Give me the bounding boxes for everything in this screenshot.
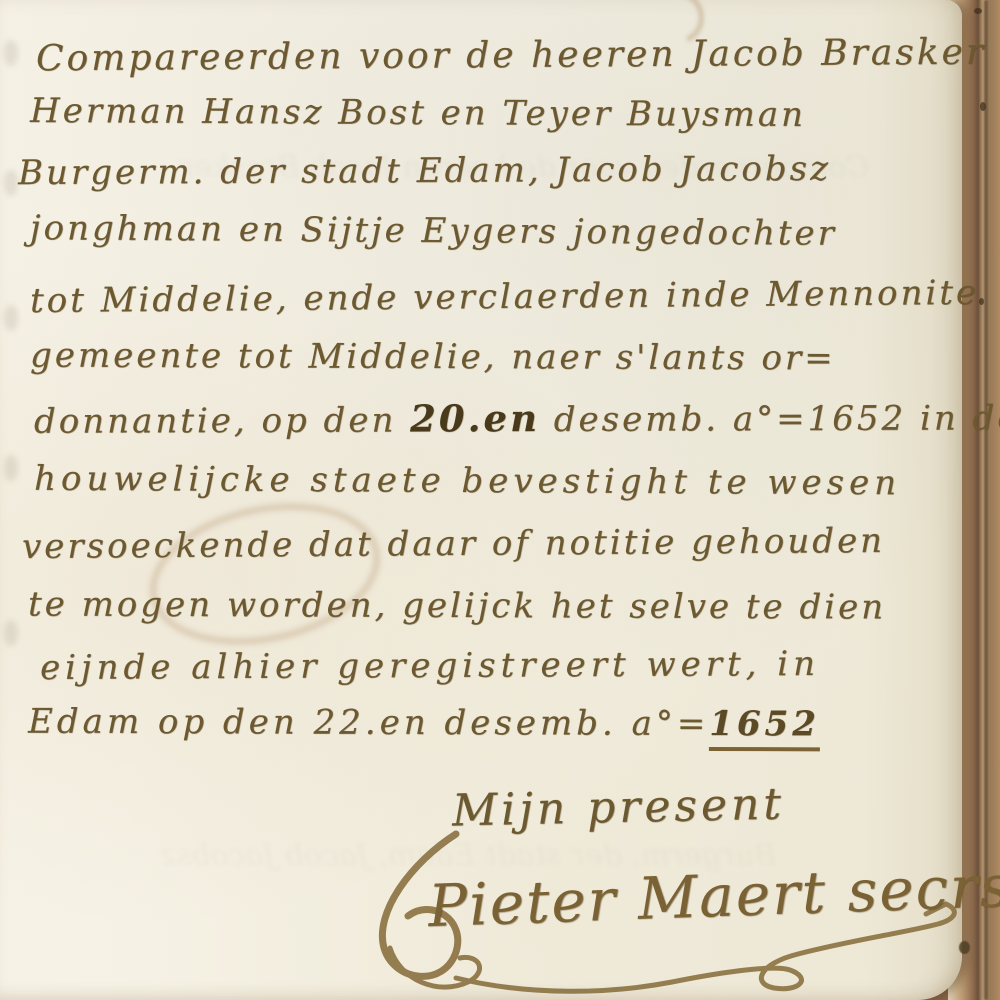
manuscript-line-1: Compareerden voor de heeren Jacob Braske… — [36, 35, 986, 78]
bleedthrough-mark — [4, 170, 18, 196]
line-7-suffix: desemb. a°=1652 in den — [540, 398, 1000, 440]
bleedthrough-mark — [4, 620, 18, 646]
manuscript-line-9: versoeckende dat daar of notitie gehoude… — [22, 524, 885, 564]
binding-speck — [980, 102, 986, 111]
manuscript-line-6: gemeente tot Middelie, naer s'lants or= — [30, 339, 836, 376]
binding-crease-line — [984, 0, 988, 1000]
wedding-day-number: 20.en — [410, 396, 540, 440]
manuscript-line-10: te mogen worden, gelijck het selve te di… — [28, 588, 886, 625]
manuscript-line-4: jonghman en Sijtje Eygers jongedochter — [30, 211, 837, 251]
scanned-manuscript-page: Compareerden voor de heeren Jacob Braske… — [0, 0, 1000, 1000]
line-12-prefix: Edam op den 22.en desemb. a°= — [28, 702, 709, 744]
bleedthrough-mark — [4, 455, 18, 481]
binding-speck — [974, 8, 982, 14]
registration-year: 1652 — [709, 704, 820, 751]
manuscript-line-12: Edam op den 22.en desemb. a°=1652 — [28, 705, 820, 742]
manuscript-line-11: eijnde alhier geregistreert wert, in — [40, 647, 820, 685]
ink-spot — [959, 941, 970, 954]
manuscript-paper: Compareerden voor de heeren Jacob Braske… — [0, 0, 962, 1000]
manuscript-line-8: houwelijcke staete bevestight te wesen — [34, 462, 901, 501]
ring-stain — [136, 483, 393, 665]
bleedthrough-mark — [4, 40, 18, 66]
manuscript-line-2: Herman Hansz Bost en Teyer Buysman — [30, 94, 806, 132]
manuscript-line-3: Burgerm. der stadt Edam, Jacob Jacobsz — [18, 152, 831, 190]
bleedthrough-mark — [4, 305, 18, 331]
binding-speck — [979, 298, 984, 305]
line-7-prefix: donnantie, op den — [34, 400, 410, 441]
manuscript-line-7: donnantie, op den 20.en desemb. a°=1652 … — [34, 398, 1000, 439]
manuscript-line-5: tot Middelie, ende verclaerden inde Menn… — [30, 276, 979, 318]
